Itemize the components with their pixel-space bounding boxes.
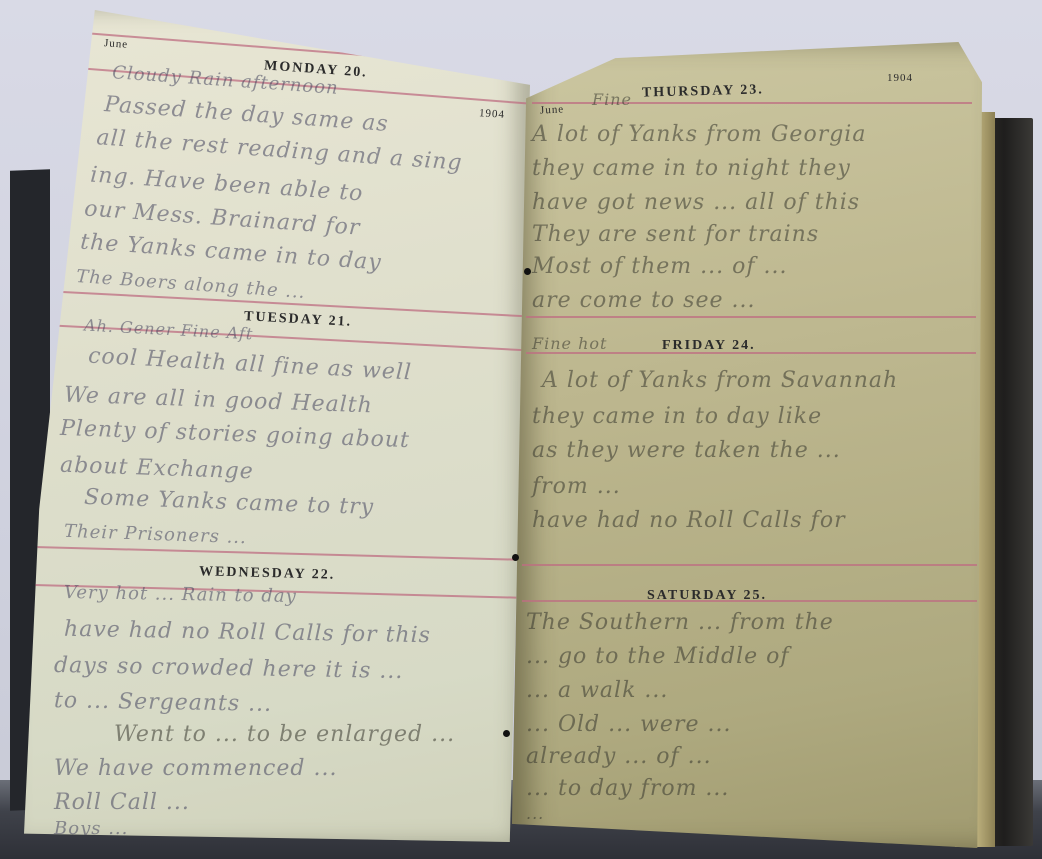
- handwriting-line: They are sent for trains: [532, 222, 819, 247]
- handwriting-line: Very hot ... Rain to day: [64, 582, 297, 607]
- day-header-saturday: SATURDAY 25.: [647, 588, 767, 604]
- handwriting-line: as they were taken the ...: [532, 438, 841, 463]
- handwriting-line: We have commenced ...: [54, 756, 337, 781]
- handwriting-line: ... to day from ...: [526, 776, 729, 801]
- handwriting-line: ... a walk ...: [526, 678, 668, 703]
- handwriting-line: they came in to day like: [532, 404, 822, 429]
- handwriting-line: cool Health all fine as well: [88, 344, 413, 386]
- handwriting-line: days so crowded here it is ...: [54, 653, 404, 684]
- day-header-tuesday: TUESDAY 21.: [244, 309, 353, 331]
- handwriting-line: ... Old ... were ...: [526, 712, 731, 737]
- handwriting-line: A lot of Yanks from Savannah: [542, 368, 898, 393]
- month-label: June: [104, 37, 129, 51]
- handwriting-line: ...: [526, 804, 544, 823]
- handwriting-line: are come to see ...: [532, 288, 755, 313]
- day-header-thursday: THURSDAY 23.: [642, 82, 764, 101]
- handwriting-line: Ah. Gener Fine Aft: [84, 316, 254, 344]
- handwriting-line: about Exchange: [60, 453, 255, 485]
- handwriting-line: Fine hot: [532, 334, 607, 353]
- day-header-friday: FRIDAY 24.: [662, 338, 756, 354]
- handwriting-line: from ...: [532, 474, 621, 499]
- handwriting-line: to ... Sergeants ...: [54, 688, 273, 717]
- handwriting-line: have had no Roll Calls for this: [64, 617, 431, 648]
- diary-left-page: June MONDAY 20. 1904 Cloudy Rain afterno…: [24, 10, 530, 842]
- ruling-line: [526, 316, 976, 318]
- binding-hole: [503, 730, 510, 737]
- handwriting-line: have had no Roll Calls for: [532, 508, 846, 533]
- handwriting-line: Fine: [592, 90, 632, 109]
- month-label: June: [540, 103, 565, 116]
- handwriting-line: ... go to the Middle of: [526, 644, 790, 669]
- ruling-line: [522, 564, 977, 566]
- handwriting-line: We are all in good Health: [64, 383, 374, 419]
- handwriting-line: A lot of Yanks from Georgia: [532, 122, 866, 147]
- handwriting-line: have got news ... all of this: [532, 190, 860, 215]
- handwriting-line: Some Yanks came to try: [84, 485, 375, 520]
- handwriting-line: they came in to night they: [532, 156, 851, 181]
- ruling-line: [34, 546, 530, 561]
- binding-hole: [524, 268, 531, 275]
- diary-right-page: June THURSDAY 23. 1904 Fine A lot of Yan…: [512, 42, 982, 848]
- day-header-wednesday: WEDNESDAY 22.: [199, 564, 336, 584]
- handwriting-line: Went to ... to be enlarged ...: [114, 722, 455, 747]
- handwriting-line: already ... of ...: [526, 744, 712, 769]
- handwriting-line: Plenty of stories going about: [60, 416, 411, 453]
- handwriting-line: Their Prisoners ...: [64, 521, 247, 548]
- handwriting-line: Roll Call ...: [54, 790, 190, 815]
- year-label: 1904: [479, 107, 506, 121]
- binding-hole: [512, 554, 519, 561]
- handwriting-line: The Southern ... from the: [526, 610, 834, 635]
- handwriting-line: Most of them ... of ...: [532, 254, 788, 279]
- year-label: 1904: [887, 72, 913, 84]
